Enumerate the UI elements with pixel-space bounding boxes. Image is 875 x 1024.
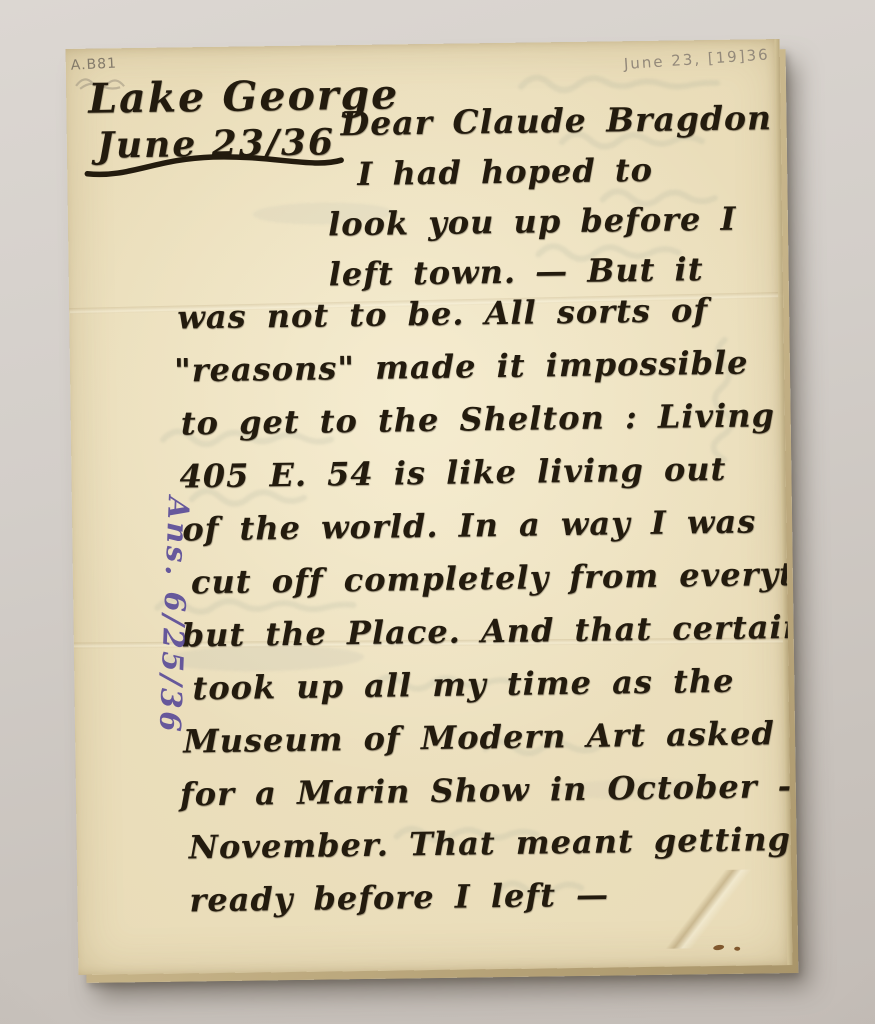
body-line: "reasons" made it impossible <box>174 335 793 398</box>
body-line: Museum of Modern Art asked <box>183 706 793 769</box>
body-line: for a Marin Show in October - <box>180 759 793 822</box>
body-line: November. That meant getting <box>188 812 792 875</box>
letter-paper: A.B81 June 23, [19]36 Lake George June 2… <box>66 39 793 975</box>
body-line: 405 E. 54 is like living out <box>179 441 792 504</box>
body-line: to get to the Shelton : Living at <box>180 388 792 451</box>
ink-flourish-underline <box>81 149 349 183</box>
body-line: but the Place. And that certainly <box>181 600 792 663</box>
body-line: cut off completely from everything <box>191 547 793 610</box>
photo-backdrop: A.B81 June 23, [19]36 Lake George June 2… <box>0 0 875 1024</box>
letter-body-block: was not to be. All sorts of "reasons" ma… <box>177 282 792 928</box>
letter-opening-block: Dear Claude Bragdon : I had hoped to loo… <box>326 93 792 300</box>
body-line: of the world. In a way I was <box>182 494 793 557</box>
body-line: took up all my time as the <box>192 653 792 716</box>
body-line: look you up before I <box>328 193 793 250</box>
catalog-number-annotation: A.B81 <box>70 56 117 74</box>
salutation: Dear Claude Bragdon : <box>340 93 792 149</box>
body-line: I had hoped to <box>357 143 792 199</box>
body-line: was not to be. All sorts of <box>177 282 792 345</box>
body-line: ready before I left — <box>189 865 792 928</box>
foxing-spot <box>734 947 740 951</box>
